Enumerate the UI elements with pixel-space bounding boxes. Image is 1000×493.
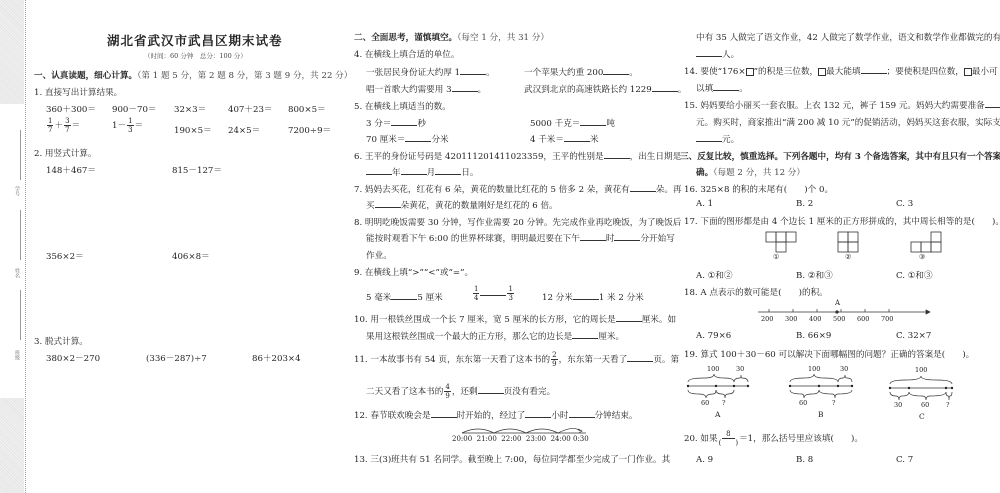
answer-blank[interactable] <box>375 200 401 208</box>
binding-field-line <box>20 130 21 180</box>
q6-line1: 6. 王平的身份证号码是 420111201411023359，王平的性别是，出… <box>354 150 681 162</box>
column-1: 湖北省武汉市武昌区期末试卷 （时间：60 分钟 总分：100 分） 一、认真读题… <box>32 0 337 493</box>
q16-stem: 16. 325×8 的积的末尾有( )个 0。 <box>684 183 833 195</box>
answer-blank[interactable] <box>603 67 629 75</box>
q19-c-bottom-label: 30 <box>894 401 902 409</box>
fraction: 37 <box>64 117 70 134</box>
q9-item: 5 毫米5 厘米 <box>366 291 443 303</box>
q1-item: 32×3＝ <box>174 103 206 115</box>
q19-c-bottom-label: ? <box>946 401 950 409</box>
q19-c-label: C <box>919 412 925 421</box>
binding-field-student-id: 学号 <box>14 186 21 196</box>
binding-field-class: 班级 <box>14 350 21 360</box>
answer-blank[interactable] <box>366 167 392 175</box>
answer-blank[interactable] <box>604 151 630 159</box>
answer-blank[interactable] <box>435 167 461 175</box>
fraction: 29 <box>551 351 557 368</box>
q17-stem: 17. 下面的图形都是由 4 个边长 1 厘米的正方形拼成的，其中周长相等的是(… <box>684 215 1000 227</box>
q17-shape-figures <box>754 230 964 260</box>
q17-option-a[interactable]: A. ①和② <box>696 269 733 281</box>
q17-option-b[interactable]: B. ②和③ <box>796 269 833 281</box>
binding-shade-bottom <box>0 398 24 493</box>
q18-stem: 18. A 点表示的数可能是( )的积。 <box>684 286 828 298</box>
q19-stem: 19. 算式 100＋30－60 可以解决下面哪幅图的问题？正确的答案是( )。 <box>684 348 974 360</box>
binding-dotted-line <box>25 0 26 493</box>
q15-line1: 15. 妈妈要给小丽买一套衣服。上衣 132 元，裤子 159 元。妈妈大约需要… <box>684 99 1000 111</box>
q16-option-a[interactable]: A. 1 <box>696 199 713 209</box>
answer-blank[interactable] <box>460 67 486 75</box>
q2-item: 406×8＝ <box>172 250 210 262</box>
answer-blank[interactable] <box>861 66 887 74</box>
answer-blank[interactable] <box>696 49 722 57</box>
q1-item: 360＋300＝ <box>46 103 96 115</box>
q1-item: 24×5＝ <box>228 124 260 136</box>
q14-line1: 14. 要使“176×”的积是三位数，最大能填；要使积是四位数，最小可 <box>684 65 998 77</box>
q5-item: 3 分＝秒 <box>366 117 426 129</box>
q1-label: 1. 直接写出计算结果。 <box>34 86 122 98</box>
q5-item: 70 厘米＝分米 <box>366 133 449 145</box>
q9-label: 9. 在横线上填“>”“<”或“=”。 <box>354 266 473 278</box>
q17-figure-label: ① <box>773 253 779 261</box>
q17-figure-label: ② <box>845 253 851 261</box>
q18-option-a[interactable]: A. 79×6 <box>696 331 731 341</box>
page-title: 湖北省武汉市武昌区期末试卷 <box>107 31 283 49</box>
q13-line2: 中有 35 人做完了语文作业，42 人做完了数学作业，语文和数学作业都做完的有 <box>696 31 1000 43</box>
binding-field-line <box>20 290 21 340</box>
q10-line1: 10. 用一根铁丝围成一个长 7 厘米，宽 5 厘米的长方形，它的周长是厘米。如 <box>354 313 676 325</box>
section-heading-text: 一、认真读题，细心计算。 <box>34 71 137 81</box>
fraction: 13 <box>127 117 133 134</box>
answer-blank[interactable] <box>985 100 1000 108</box>
q2-item: 815－127＝ <box>172 164 222 176</box>
q9-fraction-item: 1413 <box>472 285 515 302</box>
q2-label: 2. 用竖式计算。 <box>34 147 97 159</box>
q6-line2: 年月日。 <box>366 166 478 178</box>
fraction: 17 <box>47 117 53 134</box>
q15-line2: 元。购买时，商家推出“满 200 减 10 元”的促销活动，妈妈买这套衣服，实际… <box>696 116 1000 128</box>
answer-blank[interactable] <box>525 410 551 418</box>
q2-item: 148＋467＝ <box>46 164 96 176</box>
q4-item: 一个苹果大约重 200。 <box>524 66 638 78</box>
q17-figure-label: ③ <box>919 253 925 261</box>
q16-option-c[interactable]: C. 3 <box>896 199 913 209</box>
q8-line3: 作业。 <box>366 249 392 261</box>
answer-blank[interactable] <box>391 118 417 126</box>
q19-a-bottom-label: 60 <box>701 399 709 407</box>
q17-option-c[interactable]: C. ①和③ <box>896 269 933 281</box>
q18-option-c[interactable]: C. 32×7 <box>896 331 931 341</box>
q13-line3: 人。 <box>696 48 739 60</box>
q4-label: 4. 在横线上填合适的单位。 <box>354 48 459 60</box>
q19-c-bottom-label: 60 <box>921 401 929 409</box>
answer-blank[interactable] <box>696 134 722 142</box>
answer-blank[interactable] <box>569 410 595 418</box>
section-note: （第 1 题 5 分，第 2 题 8 分，第 3 题 9 分，共 22 分） <box>137 71 352 81</box>
answer-blank[interactable] <box>564 134 590 142</box>
answer-blank[interactable] <box>405 134 431 142</box>
q3-item: 86＋203×4 <box>252 352 301 364</box>
answer-blank[interactable] <box>480 288 506 296</box>
q5-item: 5000 千克＝吨 <box>530 117 615 129</box>
q15-line3: 元。 <box>696 133 739 145</box>
q19-a-top-label: 100 <box>707 365 719 373</box>
q3-item: (336－287)÷7 <box>146 352 207 364</box>
section-3-heading: 三、反复比较，慎重选择。下列各题中，均有 3 个备选答案，其中有且只有一个答案正 <box>680 150 1000 162</box>
answer-blank[interactable] <box>580 118 606 126</box>
q4-item: 一张居民身份证大约厚 1。 <box>366 66 495 78</box>
q10-line2: 果用这根铁丝围成一个最大的正方形，那么它的边长是厘米。 <box>366 330 624 342</box>
q1-item: 407＋23＝ <box>228 103 273 115</box>
q5-label: 5. 在横线上填适当的数。 <box>354 100 451 112</box>
binding-field-line <box>20 210 21 260</box>
binding-strip: 学号 姓名 班级 <box>0 0 30 493</box>
fraction: 49 <box>444 383 450 400</box>
section-3-heading-cont: 确。（每题 2 分，共 12 分） <box>696 166 805 178</box>
q19-a-top-label: 30 <box>736 365 744 373</box>
square-box-icon <box>818 68 826 76</box>
section-2-heading: 二、全面思考，谨慎填空。（每空 1 分，共 31 分） <box>354 31 549 43</box>
binding-shade-top <box>0 0 24 104</box>
q1-item: 190×5＝ <box>174 124 212 136</box>
column-2: 二、全面思考，谨慎填空。（每空 1 分，共 31 分） 4. 在横线上填合适的单… <box>354 0 670 493</box>
answer-blank[interactable] <box>652 84 678 92</box>
square-box-icon <box>964 68 972 76</box>
fraction: 8( ) <box>719 430 738 447</box>
q20-option-a[interactable]: A. 9 <box>696 455 713 465</box>
q8-line2: 能按时观看下午 6:00 的世界杯球赛，明明最迟要在下午时分开始写 <box>366 232 675 244</box>
q19-b-label: B <box>818 410 824 419</box>
answer-blank[interactable] <box>401 167 427 175</box>
q5-item: 4 千米＝米 <box>530 133 599 145</box>
q8-line1: 8. 明明吃晚饭需要 30 分钟，写作业需要 20 分钟。先完成作业再吃晚饭，为… <box>354 216 681 228</box>
q1-fraction-item: 17＋37＝ <box>46 117 80 134</box>
q1-item: 900－70＝ <box>112 103 157 115</box>
square-box-icon <box>746 68 754 76</box>
q20-stem: 20. 如果8( )＝1，那么括号里应该填( )。 <box>684 430 863 447</box>
q12-line: 12. 春节联欢晚会是时开始的，经过了小时分钟结束。 <box>354 409 638 421</box>
q4-item: 唱一首歌大约需要用 3。 <box>366 83 486 95</box>
q3-label: 3. 脱式计算。 <box>34 335 88 347</box>
q18-number-line <box>756 302 936 316</box>
q7-line1: 7. 妈妈去买花，红花有 6 朵，黄花的数量比红花的 5 倍多 2 朵，黄花有朵… <box>354 183 682 195</box>
answer-blank[interactable] <box>616 314 642 322</box>
q19-c-top-label: 100 <box>915 366 927 374</box>
q13-line1: 13. 三(3)班共有 51 名同学。截至晚上 7:00，每位同学都至少完成了一… <box>354 453 670 465</box>
answer-blank[interactable] <box>713 83 739 91</box>
q19-a-bottom-label: ? <box>722 399 726 407</box>
q7-line2: 买朵黄花，黄花的数量刚好是红花的 6 倍。 <box>366 199 558 211</box>
q4-item: 武汉到北京的高速铁路长约 1229。 <box>524 83 686 95</box>
q12-timeline-labels: 20:00 21:00 22:00 23:00 24:00 0:30 <box>452 435 589 443</box>
q1-fraction-item: 1－13＝ <box>112 117 143 134</box>
answer-blank[interactable] <box>572 331 598 339</box>
q19-b-top-label: 100 <box>808 365 820 373</box>
answer-blank[interactable] <box>580 233 606 241</box>
answer-blank[interactable] <box>478 386 504 394</box>
answer-blank[interactable] <box>452 84 478 92</box>
q2-item: 356×2＝ <box>46 250 84 262</box>
q18-option-b[interactable]: B. 66×9 <box>796 331 831 341</box>
q16-option-b[interactable]: B. 2 <box>796 199 813 209</box>
answer-blank[interactable] <box>431 410 457 418</box>
q18-point-label: A <box>835 299 840 307</box>
q1-item: 800×5＝ <box>288 103 326 115</box>
q20-option-b[interactable]: B. 8 <box>796 455 813 465</box>
q14-line2: 以填。 <box>696 82 748 94</box>
q19-b-bottom-label: 60 <box>799 399 807 407</box>
answer-blank[interactable] <box>614 233 640 241</box>
q1-item: 7200÷9＝ <box>288 124 331 136</box>
q11-line1: 11. 一本故事书有 54 页，东东第一天看了这本书的29，东东第一天看了页。第 <box>354 351 679 368</box>
answer-blank[interactable] <box>630 184 656 192</box>
fraction: 14 <box>473 285 479 302</box>
q19-a-label: A <box>715 410 720 419</box>
answer-blank[interactable] <box>627 354 653 362</box>
column-3: 中有 35 人做完了语文作业，42 人做完了数学作业，语文和数学作业都做完的有 … <box>684 0 994 493</box>
q9-item: 12 分米1 米 2 分米 <box>542 291 644 303</box>
fraction: 13 <box>507 285 513 302</box>
answer-blank[interactable] <box>573 292 599 300</box>
q11-line2: 二天又看了这本书的49，还剩页没有看完。 <box>366 383 555 400</box>
q20-option-c[interactable]: C. 7 <box>896 455 913 465</box>
answer-blank[interactable] <box>391 292 417 300</box>
section-1-heading: 一、认真读题，细心计算。（第 1 题 5 分，第 2 题 8 分，第 3 题 9… <box>34 69 352 81</box>
q19-b-top-label: 30 <box>840 365 848 373</box>
page-subtitle: （时间：60 分钟 总分：100 分） <box>144 51 247 60</box>
q19-b-bottom-label: ? <box>832 399 836 407</box>
binding-field-name: 姓名 <box>14 268 21 278</box>
q3-item: 380×2－270 <box>46 352 100 364</box>
